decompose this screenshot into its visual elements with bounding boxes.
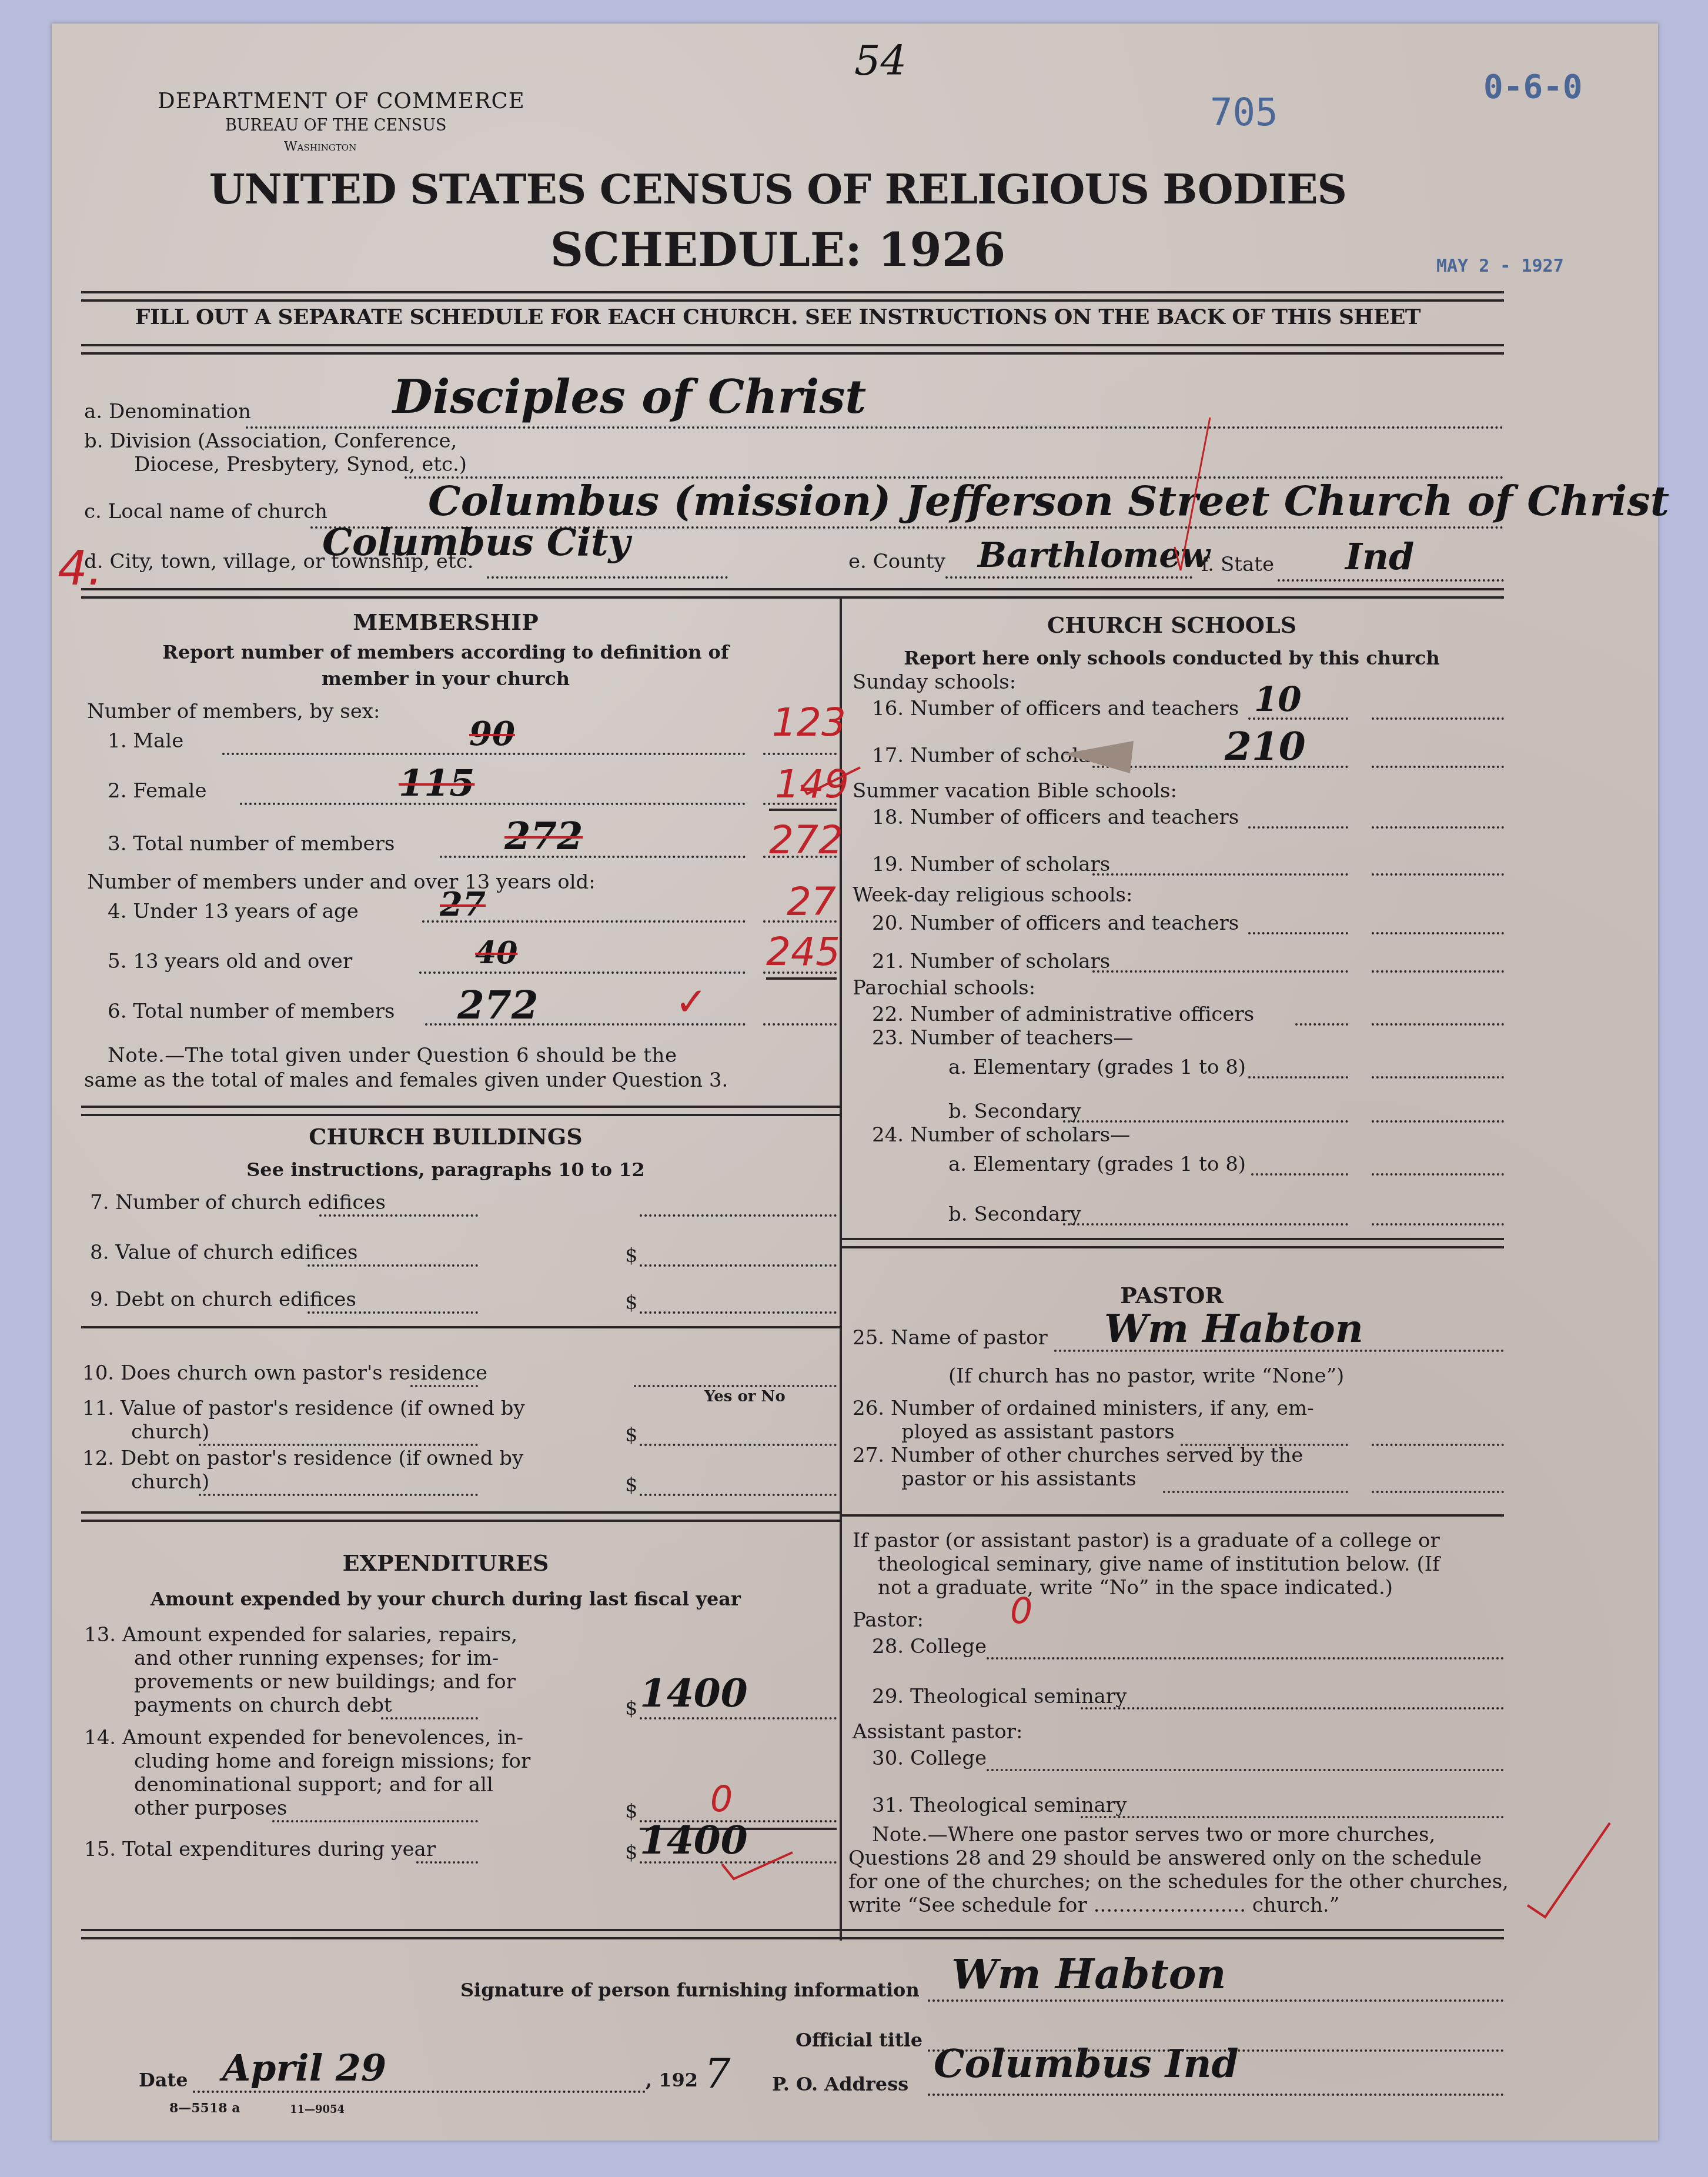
- female-line: [240, 803, 746, 805]
- pastor-graduate-label: Pastor:: [853, 1608, 924, 1632]
- identification-divider: [81, 588, 1504, 599]
- body-bottom-divider: [81, 1929, 1504, 1939]
- q15-dollar-sign: $: [625, 1841, 638, 1864]
- q10-label: 10. Does church own pastor's residence: [82, 1361, 487, 1385]
- q9-label: 9. Debt on church edifices: [90, 1288, 356, 1311]
- parochial-schools-label: Parochial schools:: [853, 976, 1035, 1000]
- signature-line: [928, 1999, 1504, 2002]
- denomination-label: a. Denomination: [84, 400, 251, 423]
- q15-line: [416, 1861, 478, 1864]
- print-number: 11—9054: [290, 2103, 345, 2116]
- red-check-icon-female: [798, 762, 863, 797]
- expenditures-subtitle: Amount expended by your church during la…: [52, 1588, 840, 1610]
- division-label-1: b. Division (Association, Conference,: [84, 429, 457, 453]
- graduate-instruction-3: not a graduate, write “No” in the space …: [878, 1576, 1393, 1600]
- total-2-corrected-line: [763, 1023, 837, 1026]
- q13-label-3: provements or new buildings; and for: [134, 1670, 516, 1694]
- q30-field[interactable]: [987, 1769, 1504, 1771]
- city-line: [487, 576, 728, 579]
- q18-label: 18. Number of officers and teachers: [872, 806, 1239, 829]
- state-line: [1278, 579, 1504, 582]
- form-title: UNITED STATES CENSUS OF RELIGIOUS BODIES: [52, 165, 1504, 213]
- q29-field[interactable]: [1081, 1707, 1504, 1709]
- weekday-schools-label: Week-day religious schools:: [853, 883, 1132, 907]
- q19-field[interactable]: [1092, 873, 1348, 876]
- buildings-bottom-divider: [81, 1511, 840, 1522]
- red-check-icon: [1522, 1817, 1616, 1923]
- total-members-2-value[interactable]: 272: [457, 982, 539, 1028]
- signature-field[interactable]: Wm Habton: [951, 1949, 1226, 1998]
- form-number: 8—5518 a: [169, 2101, 240, 2116]
- q29-label: 29. Theological seminary: [872, 1685, 1127, 1708]
- under-13-corrected[interactable]: 27: [787, 879, 836, 924]
- by-age-label: Number of members under and over 13 year…: [87, 870, 596, 894]
- q13-label-4: payments on church debt: [134, 1694, 392, 1717]
- membership-subtitle-1: Report number of members according to de…: [52, 641, 840, 663]
- over-13-original[interactable]: 40: [475, 935, 517, 971]
- year-prefix: , 192: [646, 2069, 698, 2091]
- q14-label-3: denominational support; and for all: [134, 1773, 493, 1797]
- over-13-corrected[interactable]: 245: [766, 929, 840, 974]
- signature-label: Signature of person furnishing informati…: [460, 1979, 920, 2001]
- q11-line: [199, 1444, 478, 1446]
- q27-label-2: pastor or his assistants: [901, 1467, 1137, 1491]
- q23b-field[interactable]: [1063, 1120, 1348, 1123]
- q14-label-2: cluding home and foreign missions; for: [134, 1749, 530, 1773]
- q11-dollar-sign: $: [625, 1423, 638, 1447]
- stamp-code: 0-6-0: [1483, 68, 1583, 106]
- q24a-alt-line: [1372, 1173, 1504, 1176]
- church-buildings-subtitle: See instructions, paragraphs 10 to 12: [52, 1158, 840, 1181]
- census-schedule-sheet: 54 705 0-6-0 MAY 2 - 1927 DEPARTMENT OF …: [52, 24, 1658, 2141]
- q16-alt-line: [1372, 717, 1504, 720]
- q26-label: 26. Number of ordained ministers, if any…: [853, 1397, 1314, 1420]
- female-underline: [769, 809, 837, 811]
- q13-dollar-sign: $: [625, 1697, 638, 1720]
- q12-label: 12. Debt on pastor's residence (if owned…: [82, 1447, 523, 1470]
- city-field[interactable]: Columbus City: [322, 520, 630, 565]
- q21-field[interactable]: [1092, 970, 1348, 973]
- denomination-field[interactable]: Disciples of Christ: [393, 370, 866, 424]
- by-sex-label: Number of members, by sex:: [87, 700, 380, 723]
- q22-field[interactable]: [1295, 1023, 1348, 1026]
- q23-label: 23. Number of teachers—: [872, 1026, 1133, 1050]
- q8-dollar-sign: $: [625, 1244, 638, 1267]
- q7-label: 7. Number of church edifices: [90, 1191, 386, 1214]
- q23b-alt-line: [1372, 1120, 1504, 1123]
- pastor-note-2: Questions 28 and 29 should be answered o…: [848, 1847, 1482, 1870]
- local-name-label: c. Local name of church: [84, 500, 327, 523]
- q11-label: 11. Value of pastor's residence (if owne…: [82, 1397, 525, 1420]
- buildings-divider: [81, 1326, 840, 1328]
- q24a-field[interactable]: [1251, 1173, 1348, 1176]
- q24b-label: b. Secondary: [948, 1203, 1081, 1226]
- q8-label: 8. Value of church edifices: [90, 1241, 357, 1264]
- q16-label: 16. Number of officers and teachers: [872, 697, 1239, 720]
- q27-field[interactable]: [1163, 1491, 1348, 1493]
- church-schools-title: CHURCH SCHOOLS: [840, 612, 1504, 638]
- church-schools-subtitle: Report here only schools conducted by th…: [840, 647, 1504, 669]
- under-13-label: 4. Under 13 years of age: [108, 900, 359, 923]
- q20-alt-line: [1372, 932, 1504, 934]
- q14-field[interactable]: 0: [710, 1779, 733, 1820]
- stamp-number: 705: [1210, 91, 1278, 135]
- q14-label-4: other purposes: [134, 1797, 287, 1820]
- q28-label: 28. College: [872, 1635, 987, 1658]
- q20-label: 20. Number of officers and teachers: [872, 911, 1239, 935]
- red-check-icon-expenditures: [716, 1847, 798, 1888]
- q7-line: [319, 1214, 478, 1217]
- membership-divider: [81, 1106, 840, 1116]
- q27-label: 27. Number of other churches served by t…: [853, 1444, 1303, 1467]
- q26-label-2: ployed as assistant pastors: [901, 1420, 1175, 1444]
- membership-subtitle-2: member in your church: [52, 667, 840, 690]
- q19-alt-line: [1372, 873, 1504, 876]
- q8-field[interactable]: [640, 1264, 837, 1267]
- q20-field[interactable]: [1248, 932, 1348, 934]
- q24a-label: a. Elementary (grades 1 to 8): [948, 1153, 1246, 1176]
- under-13-original[interactable]: 27: [440, 885, 486, 924]
- official-title-label: Official title: [795, 2029, 922, 2051]
- q13-line: [381, 1717, 478, 1719]
- membership-title: MEMBERSHIP: [52, 609, 840, 635]
- expenditures-title: EXPENDITURES: [52, 1550, 840, 1576]
- denomination-line: [246, 426, 1504, 429]
- q28-field[interactable]: [987, 1657, 1504, 1660]
- q9-dollar-sign: $: [625, 1291, 638, 1314]
- red-check-icon-name: [1169, 412, 1216, 576]
- pastor-title: PASTOR: [840, 1282, 1504, 1308]
- q11-label-2: church): [131, 1420, 209, 1444]
- male-label: 1. Male: [108, 729, 183, 753]
- date-field[interactable]: April 29: [222, 2046, 386, 2089]
- q31-label: 31. Theological seminary: [872, 1794, 1127, 1817]
- q30-label: 30. College: [872, 1747, 987, 1770]
- local-name-field[interactable]: Columbus (mission) Jefferson Street Chur…: [428, 476, 1669, 525]
- q9-field[interactable]: [640, 1311, 837, 1314]
- q7-field[interactable]: [640, 1214, 837, 1217]
- over-13-underline: [766, 977, 837, 980]
- q27-alt-line: [1372, 1491, 1504, 1493]
- state-field[interactable]: Ind: [1345, 535, 1414, 578]
- q13-label-2: and other running expenses; for im-: [134, 1647, 499, 1670]
- q31-field[interactable]: [1081, 1816, 1504, 1818]
- q14-label-1: 14. Amount expended for benevolences, in…: [84, 1726, 523, 1749]
- q13-label-1: 13. Amount expended for salaries, repair…: [84, 1623, 517, 1647]
- q23a-alt-line: [1372, 1076, 1504, 1079]
- church-buildings-title: CHURCH BUILDINGS: [52, 1123, 840, 1150]
- assistant-pastor-label: Assistant pastor:: [853, 1720, 1022, 1744]
- male-corrected-line: [763, 753, 837, 755]
- year-field[interactable]: 7: [704, 2049, 731, 2098]
- yes-no-hint: Yes or No: [704, 1388, 786, 1405]
- q17-field[interactable]: 210: [1225, 723, 1306, 769]
- q24-label: 24. Number of scholars—: [872, 1123, 1130, 1147]
- q18-field[interactable]: [1248, 826, 1348, 829]
- graduate-instruction-2: theological seminary, give name of insti…: [878, 1552, 1440, 1576]
- female-label: 2. Female: [108, 779, 207, 803]
- q16-field[interactable]: 10: [1254, 679, 1302, 719]
- q12-label-2: church): [131, 1470, 209, 1494]
- graduate-instruction-1: If pastor (or assistant pastor) is a gra…: [853, 1529, 1440, 1552]
- male-corrected[interactable]: 123: [772, 700, 846, 745]
- q18-alt-line: [1372, 826, 1504, 829]
- q11-field[interactable]: [640, 1444, 837, 1446]
- q24b-alt-line: [1372, 1223, 1504, 1226]
- county-label: e. County: [848, 550, 945, 573]
- total-check-mark: ✓: [675, 979, 707, 1024]
- q13-field[interactable]: 1400: [640, 1670, 748, 1716]
- q22-alt-line: [1372, 1023, 1504, 1026]
- q24b-field[interactable]: [1063, 1223, 1348, 1226]
- total-members-label: 3. Total number of members: [108, 832, 395, 856]
- pastor-note-4: write “See schedule for ................…: [848, 1894, 1339, 1917]
- sunday-schools-label: Sunday schools:: [853, 670, 1016, 694]
- pastor-name-field[interactable]: Wm Habton: [1104, 1305, 1363, 1351]
- total-members-2-label: 6. Total number of members: [108, 1000, 395, 1023]
- membership-note-1: Note.—The total given under Question 6 s…: [108, 1044, 677, 1067]
- q8-line: [307, 1264, 478, 1267]
- q25-label: 25. Name of pastor: [853, 1326, 1048, 1350]
- q23b-label: b. Secondary: [948, 1100, 1081, 1123]
- q25-hint: (If church has no pastor, write “None”): [948, 1364, 1344, 1388]
- q10-field[interactable]: [634, 1385, 837, 1387]
- date-label: Date: [139, 2069, 188, 2091]
- pastor-graduate-mark[interactable]: 0: [1010, 1591, 1032, 1632]
- q26-alt-line: [1372, 1444, 1504, 1446]
- pastor-divider: [840, 1514, 1504, 1517]
- department-name: DEPARTMENT OF COMMERCE: [158, 88, 525, 113]
- bureau-city: Washington: [284, 139, 356, 154]
- membership-note-2: same as the total of males and females g…: [84, 1069, 728, 1092]
- q23a-label: a. Elementary (grades 1 to 8): [948, 1056, 1246, 1079]
- q22-label: 22. Number of administrative officers: [872, 1003, 1254, 1026]
- over-13-label: 5. 13 years old and over: [108, 950, 352, 973]
- q12-field[interactable]: [640, 1494, 837, 1496]
- q21-label: 21. Number of scholars: [872, 950, 1110, 973]
- q12-dollar-sign: $: [625, 1473, 638, 1497]
- q23a-field[interactable]: [1248, 1076, 1348, 1079]
- pastor-note-3: for one of the churches; on the schedule…: [848, 1870, 1509, 1894]
- address-field[interactable]: Columbus Ind: [934, 2041, 1239, 2086]
- pastor-note-1: Note.—Where one pastor serves two or mor…: [872, 1823, 1435, 1847]
- female-original[interactable]: 115: [399, 762, 474, 804]
- date-line: [193, 2091, 646, 2093]
- bureau-name: BUREAU OF THE CENSUS: [225, 116, 447, 135]
- total-members-original[interactable]: 272: [504, 814, 583, 859]
- q13-field-line: [640, 1717, 837, 1719]
- q12-line: [199, 1494, 478, 1496]
- q15-label: 15. Total expenditures during year: [84, 1838, 436, 1861]
- q10-line: [410, 1385, 478, 1387]
- q19-label: 19. Number of scholars: [872, 853, 1110, 876]
- q17-alt-line: [1372, 766, 1504, 768]
- county-line: [945, 576, 1192, 579]
- header-divider: [81, 291, 1504, 302]
- summer-schools-label: Summer vacation Bible schools:: [853, 779, 1177, 803]
- male-original[interactable]: 90: [469, 714, 515, 753]
- q14-line: [272, 1820, 478, 1822]
- q14-dollar-sign: $: [625, 1799, 638, 1823]
- total-line: [440, 856, 746, 858]
- total-members-corrected[interactable]: 272: [769, 817, 843, 863]
- division-label-2: Diocese, Presbytery, Synod, etc.): [134, 453, 467, 476]
- schedule-title: SCHEDULE: 1926: [52, 223, 1504, 277]
- page-number: 54: [854, 36, 907, 85]
- banner-divider: [81, 344, 1504, 355]
- q9-line: [307, 1311, 478, 1314]
- schools-divider: [840, 1238, 1504, 1248]
- instruction-banner: FILL OUT A SEPARATE SCHEDULE FOR EACH CH…: [52, 305, 1504, 329]
- address-label: P. O. Address: [772, 2073, 908, 2095]
- over-13-line: [419, 971, 746, 974]
- q21-alt-line: [1372, 970, 1504, 973]
- address-line: [928, 2093, 1504, 2096]
